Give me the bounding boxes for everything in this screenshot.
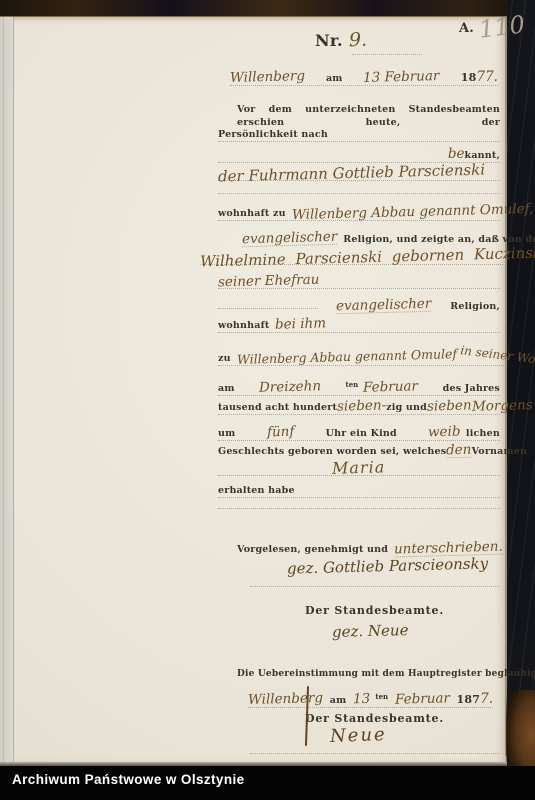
firstname-label-printed: Vornamen <box>472 445 528 458</box>
read-approved-line: Vorgelesen, genehmigt und unterschrieben… <box>237 541 503 556</box>
date-suffix-printed: ten <box>345 380 358 389</box>
form-rule <box>218 308 318 309</box>
dateline: Willenberg am 13 Februar 1877. <box>230 66 498 86</box>
date-month-handwritten: Februar <box>363 379 418 394</box>
year-printed-1: tausend acht hundert <box>218 401 337 414</box>
declarant-signature-handwritten: gez. Gottlieb Parscieonsky <box>287 556 488 575</box>
mother-line: Wilhelmine Parscienski gebornen Kuczinsk… <box>200 250 503 265</box>
article-handwritten: den <box>446 443 472 459</box>
birthplace-line: zu Willenberg Abbau genannt Omulef in se… <box>218 350 504 366</box>
birthdate-line: am Dreizehn ten Februar des Jahres <box>218 376 500 396</box>
hour-value-handwritten: fünf <box>267 425 295 440</box>
dateline-year-printed: 18 <box>461 71 477 84</box>
archive-watermark-label: Archiwum Państwowe w Olsztynie <box>12 772 245 787</box>
book-cover-top-edge <box>0 0 535 17</box>
cert-year-group: 1877. <box>457 688 493 707</box>
cert-day-handwritten: 13 <box>353 692 371 706</box>
date-year-label-printed: des Jahres <box>443 382 500 395</box>
religion2-printed: Religion, <box>450 300 500 313</box>
declarant-name-handwritten: der Fuhrmann Gottlieb Parscienski <box>218 163 485 184</box>
firstname-value-handwritten: Maria <box>332 460 386 475</box>
intro-line: Vor dem unterzeichneten Standesbeamten e… <box>237 103 500 129</box>
sex-suffix-printed: lichen <box>466 428 500 439</box>
page-crease <box>3 16 4 762</box>
birth-hour-line: um fünf Uhr ein Kind weib lichen <box>218 421 500 441</box>
dateline-year: 1877. <box>461 66 498 85</box>
certification-line: Die Uebereinstimmung mit dem Hauptregist… <box>237 668 535 681</box>
religion-line-2: evangelischer Religion, <box>218 298 500 313</box>
cert-year-handwritten: 7. <box>480 691 493 707</box>
birthplace-label-printed: zu <box>218 352 231 365</box>
identity-label: Persönlichkeit nach <box>218 128 328 141</box>
received-line: erhalten habe <box>218 484 500 498</box>
registrar-title-2: Der Standesbeamte. <box>305 712 444 725</box>
registrar-signature-2-handwritten: Neue <box>330 728 387 744</box>
birthplace-value-handwritten: Willenberg Abbau genannt Omulef <box>237 347 457 367</box>
time-of-day-handwritten: Morgens <box>471 398 532 414</box>
year-handwritten-1: sieben- <box>337 398 386 413</box>
residence-label-printed: wohnhaft zu <box>218 207 286 220</box>
sex-sentence-printed: Geschlechts geboren worden sei, welches <box>218 445 446 458</box>
religion-line-1: evangelischer Religion, und zeigte an, d… <box>218 231 500 246</box>
registrar-signature-handwritten: gez. Neue <box>332 623 409 639</box>
residence-line-2: wohnhaft bei ihm <box>218 317 500 333</box>
dateline-am-printed: am <box>326 72 343 85</box>
record-number-value: 9. <box>349 33 368 47</box>
cert-month-handwritten: Februar <box>395 691 450 706</box>
form-rule <box>218 507 500 509</box>
record-number-label: Nr. <box>315 34 343 47</box>
residence2-label-printed: wohnhaft <box>218 319 269 332</box>
registrar-signature-line: gez. Neue <box>332 624 408 638</box>
cert-am-printed: am <box>330 694 347 707</box>
read-approved-printed: Vorgelesen, genehmigt und <box>237 543 388 556</box>
residence-value-handwritten: Willenberg Abbau genannt Omulef, <box>292 202 534 222</box>
wife-line: seiner Ehefrau <box>218 274 500 289</box>
cert-place-handwritten: Willenberg <box>248 691 323 707</box>
received-printed: erhalten habe <box>218 484 295 497</box>
identity-line: Persönlichkeit nach <box>218 128 500 142</box>
declarant-line: der Fuhrmann Gottlieb Parscienski <box>218 166 500 181</box>
firstname-line: Maria <box>218 461 500 476</box>
date-month-group: ten Februar <box>345 376 418 395</box>
wife-relation-handwritten: seiner Ehefrau <box>218 273 320 290</box>
form-letter-a: A. <box>459 22 474 35</box>
hour-label-printed: um <box>218 427 235 440</box>
date-day-handwritten: Dreizehn <box>259 379 321 395</box>
hour-printed: Uhr ein Kind <box>326 427 397 440</box>
known-prefix-handwritten: be <box>448 147 465 161</box>
declarant-signature-line: gez. Gottlieb Parscieonsky <box>287 559 488 573</box>
residence2-value-handwritten: bei ihm <box>275 316 326 331</box>
dateline-place-handwritten: Willenberg <box>230 69 305 85</box>
cert-year-printed: 187 <box>457 693 481 706</box>
sex-group: weib lichen <box>428 421 500 440</box>
dateline-year-handwritten: 77. <box>477 69 498 85</box>
registrar-signature-line-2: Neue <box>330 729 387 743</box>
birthyear-line: tausend acht hundert sieben- zig und sie… <box>218 399 500 415</box>
cert-day-suffix-printed: ten <box>375 692 388 701</box>
form-rule <box>218 192 500 194</box>
form-rule <box>250 585 500 587</box>
pencil-page-number: 110 <box>477 10 526 43</box>
certification-dateline: Willenberg am 13 ten Februar 1877. <box>248 688 493 708</box>
religion2-handwritten: evangelischer <box>336 297 432 314</box>
registrar-title: Der Standesbeamte. <box>305 604 444 617</box>
religion1-handwritten: evangelischer <box>242 230 338 247</box>
form-rule <box>250 752 500 754</box>
archival-scan: A. 110 Nr. 9. Willenberg am 13 Februar 1… <box>0 0 535 800</box>
form-rule <box>352 53 422 55</box>
residence-line: wohnhaft zu Willenberg Abbau genannt Omu… <box>218 205 500 221</box>
sex-value-handwritten: weib <box>428 425 461 440</box>
dateline-daymonth-handwritten: 13 Februar <box>363 69 440 85</box>
date-am-printed: am <box>218 382 235 395</box>
record-number-line: Nr. 9. <box>315 33 367 47</box>
cert-day-group: 13 ten <box>353 688 388 707</box>
page-right-edge <box>505 16 507 756</box>
sex-sentence-line: Geschlechts geboren worden sei, welches … <box>218 443 500 458</box>
year-printed-2: zig und <box>386 401 427 414</box>
book-corner-leather <box>506 690 535 770</box>
year-handwritten-2: sieben <box>427 398 472 413</box>
